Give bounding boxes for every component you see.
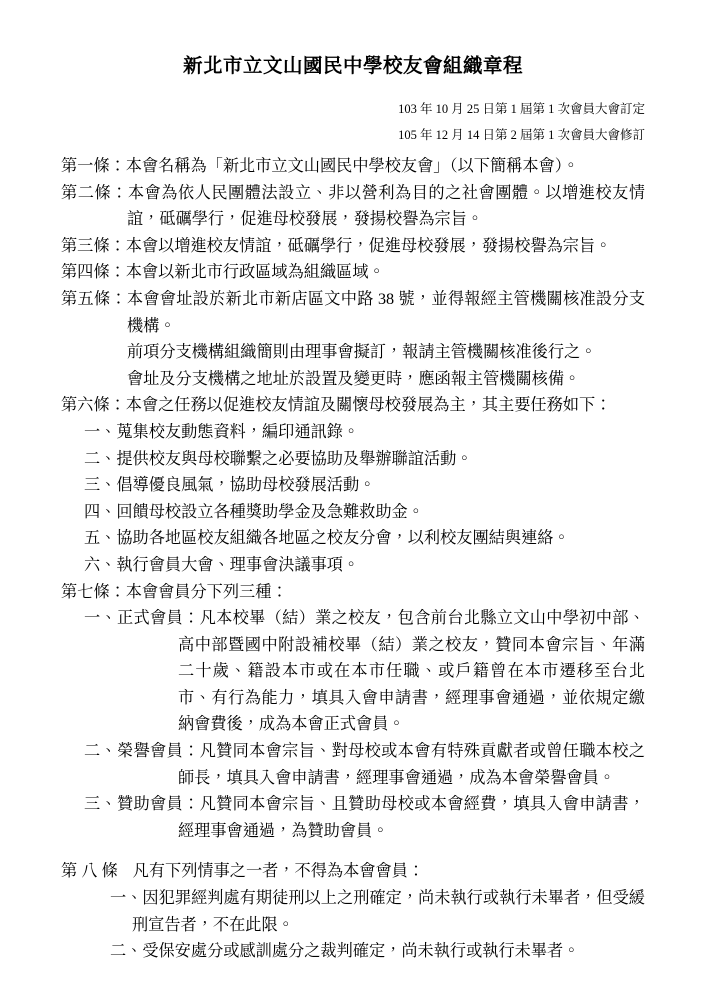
article-6-item-5: 五、協助各地區校友組織各地區之校友分會，以利校友團結與連絡。 — [84, 525, 645, 552]
article-5: 第五條：本會會址設於新北市新店區文中路 38 號，並得報經主管機關核准設分支機構… — [61, 286, 645, 339]
article-5-paragraph-1: 前項分支機構組織簡則由理事會擬訂，報請主管機關核准後行之。 — [61, 339, 645, 366]
article-3-text: 本會以增進校友情誼，砥礪學行，促進母校發展，發揚校譽為宗旨。 — [126, 237, 612, 255]
revision-notes: 103 年 10 月 25 日第 1 屆第 1 次會員大會訂定 105 年 12… — [61, 96, 645, 148]
article-4-text: 本會以新北市行政區域為組織區域。 — [126, 263, 385, 281]
article-1-text: 本會名稱為「新北市立文山國民中學校友會」（以下簡稱本會）。 — [126, 157, 579, 175]
article-7-text: 本會會員分下列三種： — [126, 583, 288, 601]
article-4-label: 第四條： — [61, 263, 126, 281]
article-3-label: 第三條： — [61, 237, 126, 255]
article-7-label: 第七條： — [61, 583, 126, 601]
article-6-label: 第六條： — [61, 396, 126, 414]
article-7-item-2: 二、榮譽會員：凡贊同本會宗旨、對母校或本會有特殊貢獻者或曾任職本校之師長，填具入… — [61, 738, 645, 791]
document-page: 新北市立文山國民中學校友會組織章程 103 年 10 月 25 日第 1 屆第 … — [0, 0, 707, 1000]
article-8: 第 八 條凡有下列情事之一者，不得為本會會員： — [61, 858, 645, 885]
article-8-item-2: 二、受保安處分或感訓處分之裁判確定，尚未執行或執行未畢者。 — [61, 938, 645, 965]
article-6-item-6: 六、執行會員大會、理事會決議事項。 — [84, 552, 645, 579]
article-6-item-4: 四、回饋母校設立各種獎助學金及急難救助金。 — [84, 499, 645, 526]
article-8-label: 第 八 條 — [61, 862, 118, 880]
article-6-item-1: 一、蒐集校友動態資料，編印通訊錄。 — [84, 419, 645, 446]
revision-note-1: 103 年 10 月 25 日第 1 屆第 1 次會員大會訂定 — [61, 96, 645, 122]
revision-note-2: 105 年 12 月 14 日第 2 屆第 1 次會員大會修訂 — [61, 122, 645, 148]
article-8-item-1: 一、因犯罪經判處有期徒刑以上之刑確定，尚未執行或執行未畢者，但受緩刑宣告者，不在… — [61, 885, 645, 938]
article-6-item-3: 三、倡導優良風氣，協助母校發展活動。 — [84, 472, 645, 499]
article-1: 第一條：本會名稱為「新北市立文山國民中學校友會」（以下簡稱本會）。 — [61, 153, 645, 180]
article-2-text: 本會為依人民團體法設立、非以營利為目的之社會團體。以增進校友情誼，砥礪學行，促進… — [127, 184, 645, 229]
article-5-text: 本會會址設於新北市新店區文中路 38 號，並得報經主管機關核准設分支機構。 — [127, 290, 645, 335]
article-3: 第三條：本會以增進校友情誼，砥礪學行，促進母校發展，發揚校譽為宗旨。 — [61, 233, 645, 260]
article-2-label: 第二條： — [61, 184, 128, 202]
document-title: 新北市立文山國民中學校友會組織章程 — [61, 52, 645, 82]
article-4: 第四條：本會以新北市行政區域為組織區域。 — [61, 259, 645, 286]
article-2: 第二條：本會為依人民團體法設立、非以營利為目的之社會團體。以增進校友情誼，砥礪學… — [61, 180, 645, 233]
article-7: 第七條：本會會員分下列三種： — [61, 579, 645, 606]
article-6-item-2: 二、提供校友與母校聯繫之必要協助及舉辦聯誼活動。 — [84, 446, 645, 473]
article-8-text: 凡有下列情事之一者，不得為本會會員： — [133, 862, 424, 880]
article-1-label: 第一條： — [61, 157, 126, 175]
article-5-label: 第五條： — [61, 290, 127, 308]
article-7-item-1: 一、正式會員：凡本校畢（結）業之校友，包含前台北縣立文山中學初中部、高中部暨國中… — [61, 605, 645, 738]
article-6: 第六條：本會之任務以促進校友情誼及關懷母校發展為主，其主要任務如下： — [61, 392, 645, 419]
article-5-paragraph-2: 會址及分支機構之地址於設置及變更時，應函報主管機關核備。 — [61, 366, 645, 393]
article-6-text: 本會之任務以促進校友情誼及關懷母校發展為主，其主要任務如下： — [126, 396, 612, 414]
article-7-item-3: 三、贊助會員：凡贊同本會宗旨、且贊助母校或本會經費，填具入會申請書，經理事會通過… — [61, 791, 645, 844]
document-body: 第一條：本會名稱為「新北市立文山國民中學校友會」（以下簡稱本會）。 第二條：本會… — [61, 153, 645, 965]
